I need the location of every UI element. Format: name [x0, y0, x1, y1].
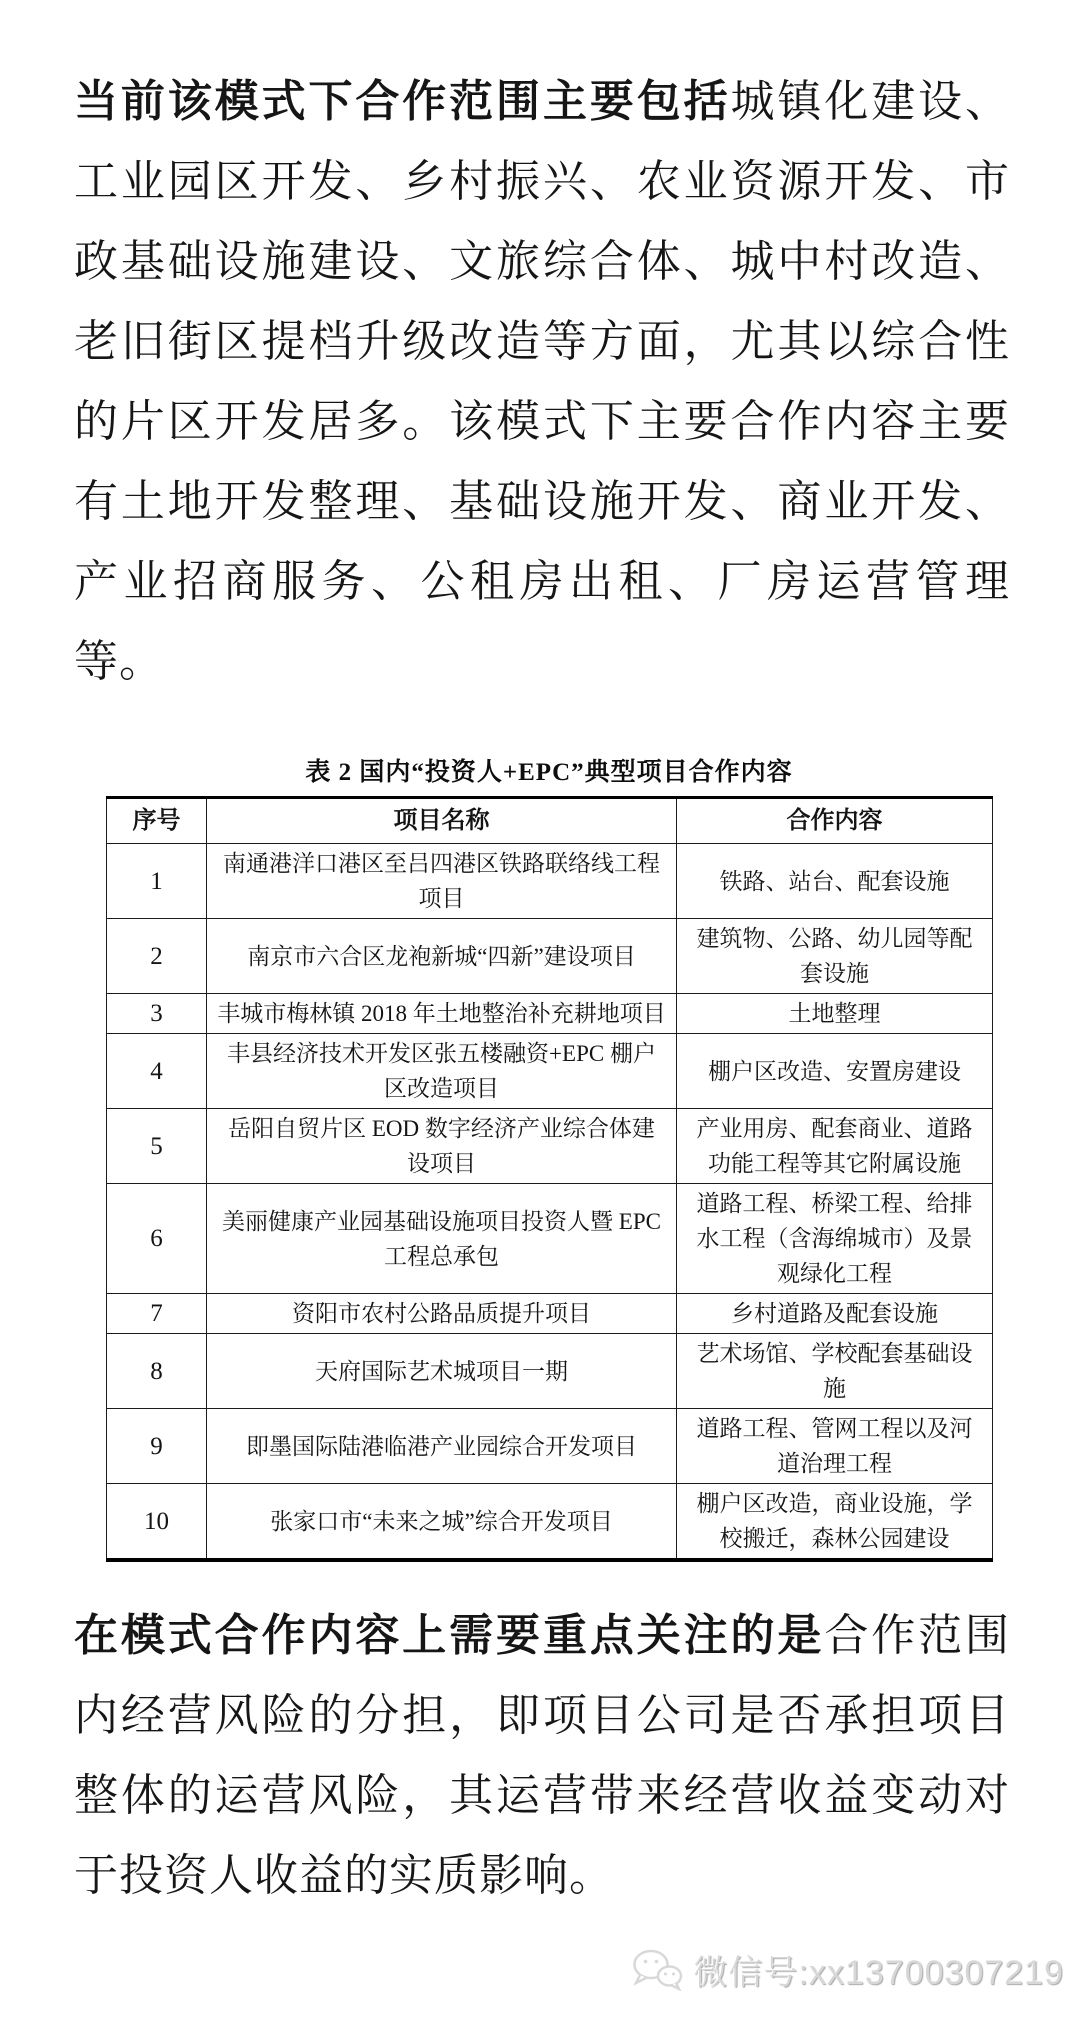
table-row: 8 天府国际艺术城项目一期 艺术场馆、学校配套基础设施: [107, 1334, 993, 1409]
project-name-cell: 南通港洋口港区至吕四港区铁路联络线工程项目: [207, 844, 677, 919]
watermark: 微信号:xx13700307219: [632, 1945, 1064, 1994]
row-index: 9: [107, 1409, 207, 1484]
project-name-cell: 天府国际艺术城项目一期: [207, 1334, 677, 1409]
paragraph-2-lead-bold: 在模式合作内容上需要重点关注的是: [74, 1611, 824, 1660]
row-index: 10: [107, 1484, 207, 1561]
cooperation-content-cell: 艺术场馆、学校配套基础设施: [677, 1334, 993, 1409]
project-name-cell: 即墨国际陆港临港产业园综合开发项目: [207, 1409, 677, 1484]
project-name-cell: 张家口市“未来之城”综合开发项目: [207, 1484, 677, 1561]
row-index: 4: [107, 1034, 207, 1109]
table-title: 表 2 国内“投资人+EPC”典型项目合作内容: [106, 752, 992, 788]
row-index: 7: [107, 1294, 207, 1334]
article-page: 当前该模式下合作范围主要包括城镇化建设、工业园区开发、乡村振兴、农业资源开发、市…: [0, 0, 1080, 2020]
cooperation-content-cell: 道路工程、管网工程以及河道治理工程: [677, 1409, 993, 1484]
paragraph-1-body: 城镇化建设、工业园区开发、乡村振兴、农业资源开发、市政基础设施建设、文旅综合体、…: [74, 77, 1010, 686]
row-index: 6: [107, 1184, 207, 1294]
row-index: 3: [107, 994, 207, 1034]
row-index: 2: [107, 919, 207, 994]
project-name-cell: 美丽健康产业园基础设施项目投资人暨 EPC 工程总承包: [207, 1184, 677, 1294]
cooperation-content-cell: 产业用房、配套商业、道路功能工程等其它附属设施: [677, 1109, 993, 1184]
table-row: 1 南通港洋口港区至吕四港区铁路联络线工程项目 铁路、站台、配套设施: [107, 844, 993, 919]
row-index: 1: [107, 844, 207, 919]
table-section: 表 2 国内“投资人+EPC”典型项目合作内容 序号 项目名称 合作内容 1 南…: [106, 752, 992, 1562]
project-name-cell: 南京市六合区龙袍新城“四新”建设项目: [207, 919, 677, 994]
table-row: 3 丰城市梅林镇 2018 年土地整治补充耕地项目 土地整理: [107, 994, 993, 1034]
table-header-row: 序号 项目名称 合作内容: [107, 798, 993, 844]
project-name-cell: 资阳市农村公路品质提升项目: [207, 1294, 677, 1334]
table-row: 9 即墨国际陆港临港产业园综合开发项目 道路工程、管网工程以及河道治理工程: [107, 1409, 993, 1484]
wechat-icon: [632, 1949, 684, 1991]
paragraph-risk-focus: 在模式合作内容上需要重点关注的是合作范围内经营风险的分担，即项目公司是否承担项目…: [74, 1596, 1010, 1916]
project-name-cell: 丰县经济技术开发区张五楼融资+EPC 棚户区改造项目: [207, 1034, 677, 1109]
header-index: 序号: [107, 798, 207, 844]
watermark-text: 微信号:xx13700307219: [694, 1945, 1064, 1994]
table-row: 5 岳阳自贸片区 EOD 数字经济产业综合体建设项目 产业用房、配套商业、道路功…: [107, 1109, 993, 1184]
table-row: 7 资阳市农村公路品质提升项目 乡村道路及配套设施: [107, 1294, 993, 1334]
cooperation-content-cell: 道路工程、桥梁工程、给排水工程（含海绵城市）及景观绿化工程: [677, 1184, 993, 1294]
table-row: 6 美丽健康产业园基础设施项目投资人暨 EPC 工程总承包 道路工程、桥梁工程、…: [107, 1184, 993, 1294]
header-project-name: 项目名称: [207, 798, 677, 844]
header-cooperation-content: 合作内容: [677, 798, 993, 844]
row-index: 5: [107, 1109, 207, 1184]
table-row: 2 南京市六合区龙袍新城“四新”建设项目 建筑物、公路、幼儿园等配套设施: [107, 919, 993, 994]
table-row: 4 丰县经济技术开发区张五楼融资+EPC 棚户区改造项目 棚户区改造、安置房建设: [107, 1034, 993, 1109]
table-row: 10 张家口市“未来之城”综合开发项目 棚户区改造，商业设施，学校搬迁，森林公园…: [107, 1484, 993, 1561]
paragraph-cooperation-scope: 当前该模式下合作范围主要包括城镇化建设、工业园区开发、乡村振兴、农业资源开发、市…: [74, 0, 1010, 702]
cooperation-content-cell: 棚户区改造、安置房建设: [677, 1034, 993, 1109]
cooperation-content-cell: 乡村道路及配套设施: [677, 1294, 993, 1334]
project-name-cell: 丰城市梅林镇 2018 年土地整治补充耕地项目: [207, 994, 677, 1034]
row-index: 8: [107, 1334, 207, 1409]
cooperation-content-cell: 铁路、站台、配套设施: [677, 844, 993, 919]
paragraph-1-lead-bold: 当前该模式下合作范围主要包括: [74, 77, 731, 126]
project-name-cell: 岳阳自贸片区 EOD 数字经济产业综合体建设项目: [207, 1109, 677, 1184]
projects-table: 序号 项目名称 合作内容 1 南通港洋口港区至吕四港区铁路联络线工程项目 铁路、…: [106, 796, 993, 1562]
cooperation-content-cell: 建筑物、公路、幼儿园等配套设施: [677, 919, 993, 994]
cooperation-content-cell: 棚户区改造，商业设施，学校搬迁，森林公园建设: [677, 1484, 993, 1561]
cooperation-content-cell: 土地整理: [677, 994, 993, 1034]
